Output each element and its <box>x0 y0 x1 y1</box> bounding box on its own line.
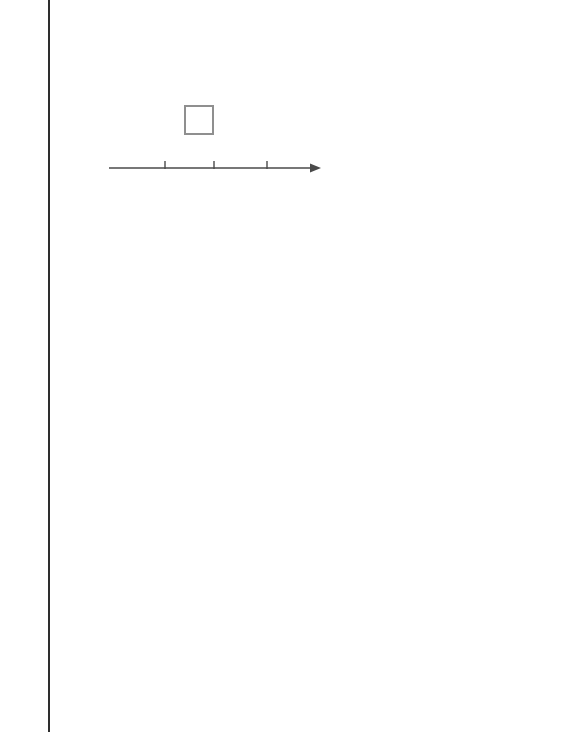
binding-margin-line <box>21 0 37 732</box>
q6-row <box>63 159 552 187</box>
q5-figure-row <box>63 55 552 159</box>
margin-divider-line <box>48 0 50 732</box>
figure1-square <box>184 105 214 135</box>
exam-page-content <box>63 10 552 187</box>
number-line-figure <box>109 159 323 186</box>
student-info-line <box>63 20 552 44</box>
arrow-head-icon <box>310 164 321 173</box>
figure2-cube-net <box>257 57 415 137</box>
q5-figure <box>121 55 552 159</box>
